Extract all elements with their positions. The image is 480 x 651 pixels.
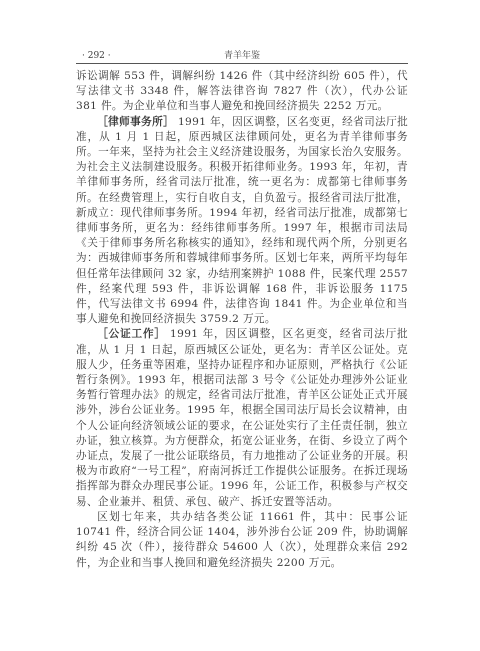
paragraph-notary-work: ［公证工作］ 1991 年，因区调整，区名更变，经省司法厅批准，从 1 月 1 … bbox=[76, 327, 408, 509]
paragraph-text: 1991 年，因区调整，区名更变，经省司法厅批准，从 1 月 1 日起，原西城区… bbox=[76, 328, 408, 507]
paragraph-text: 诉讼调解 553 件，调解纠纷 1426 件（其中经济纠纷 605 件），代写法… bbox=[76, 70, 408, 112]
section-heading-law-firms: ［律师事务所］ bbox=[97, 116, 174, 128]
section-heading-notary-work: ［公证工作］ bbox=[97, 328, 166, 340]
paragraph-text: 1991 年，因区调整，区名变更，经省司法厅批准，从 1 月 1 日起，原西城区… bbox=[76, 116, 408, 326]
page-header: · 292 · 青羊年鉴 bbox=[76, 49, 408, 64]
book-title: 青羊年鉴 bbox=[76, 49, 408, 63]
paragraph-summary-continued: 诉讼调解 553 件，调解纠纷 1426 件（其中经济纠纷 605 件），代写法… bbox=[76, 69, 408, 115]
body-text: 诉讼调解 553 件，调解纠纷 1426 件（其中经济纠纷 605 件），代写法… bbox=[76, 69, 408, 571]
paragraph-law-firms: ［律师事务所］ 1991 年，因区调整，区名变更，经省司法厅批准，从 1 月 1… bbox=[76, 115, 408, 328]
paragraph-text: 区划七年来，共办结各类公证 11661 件，其中：民事公证 10741 件，经济… bbox=[76, 511, 408, 569]
paragraph-notary-summary: 区划七年来，共办结各类公证 11661 件，其中：民事公证 10741 件，经济… bbox=[76, 510, 408, 571]
